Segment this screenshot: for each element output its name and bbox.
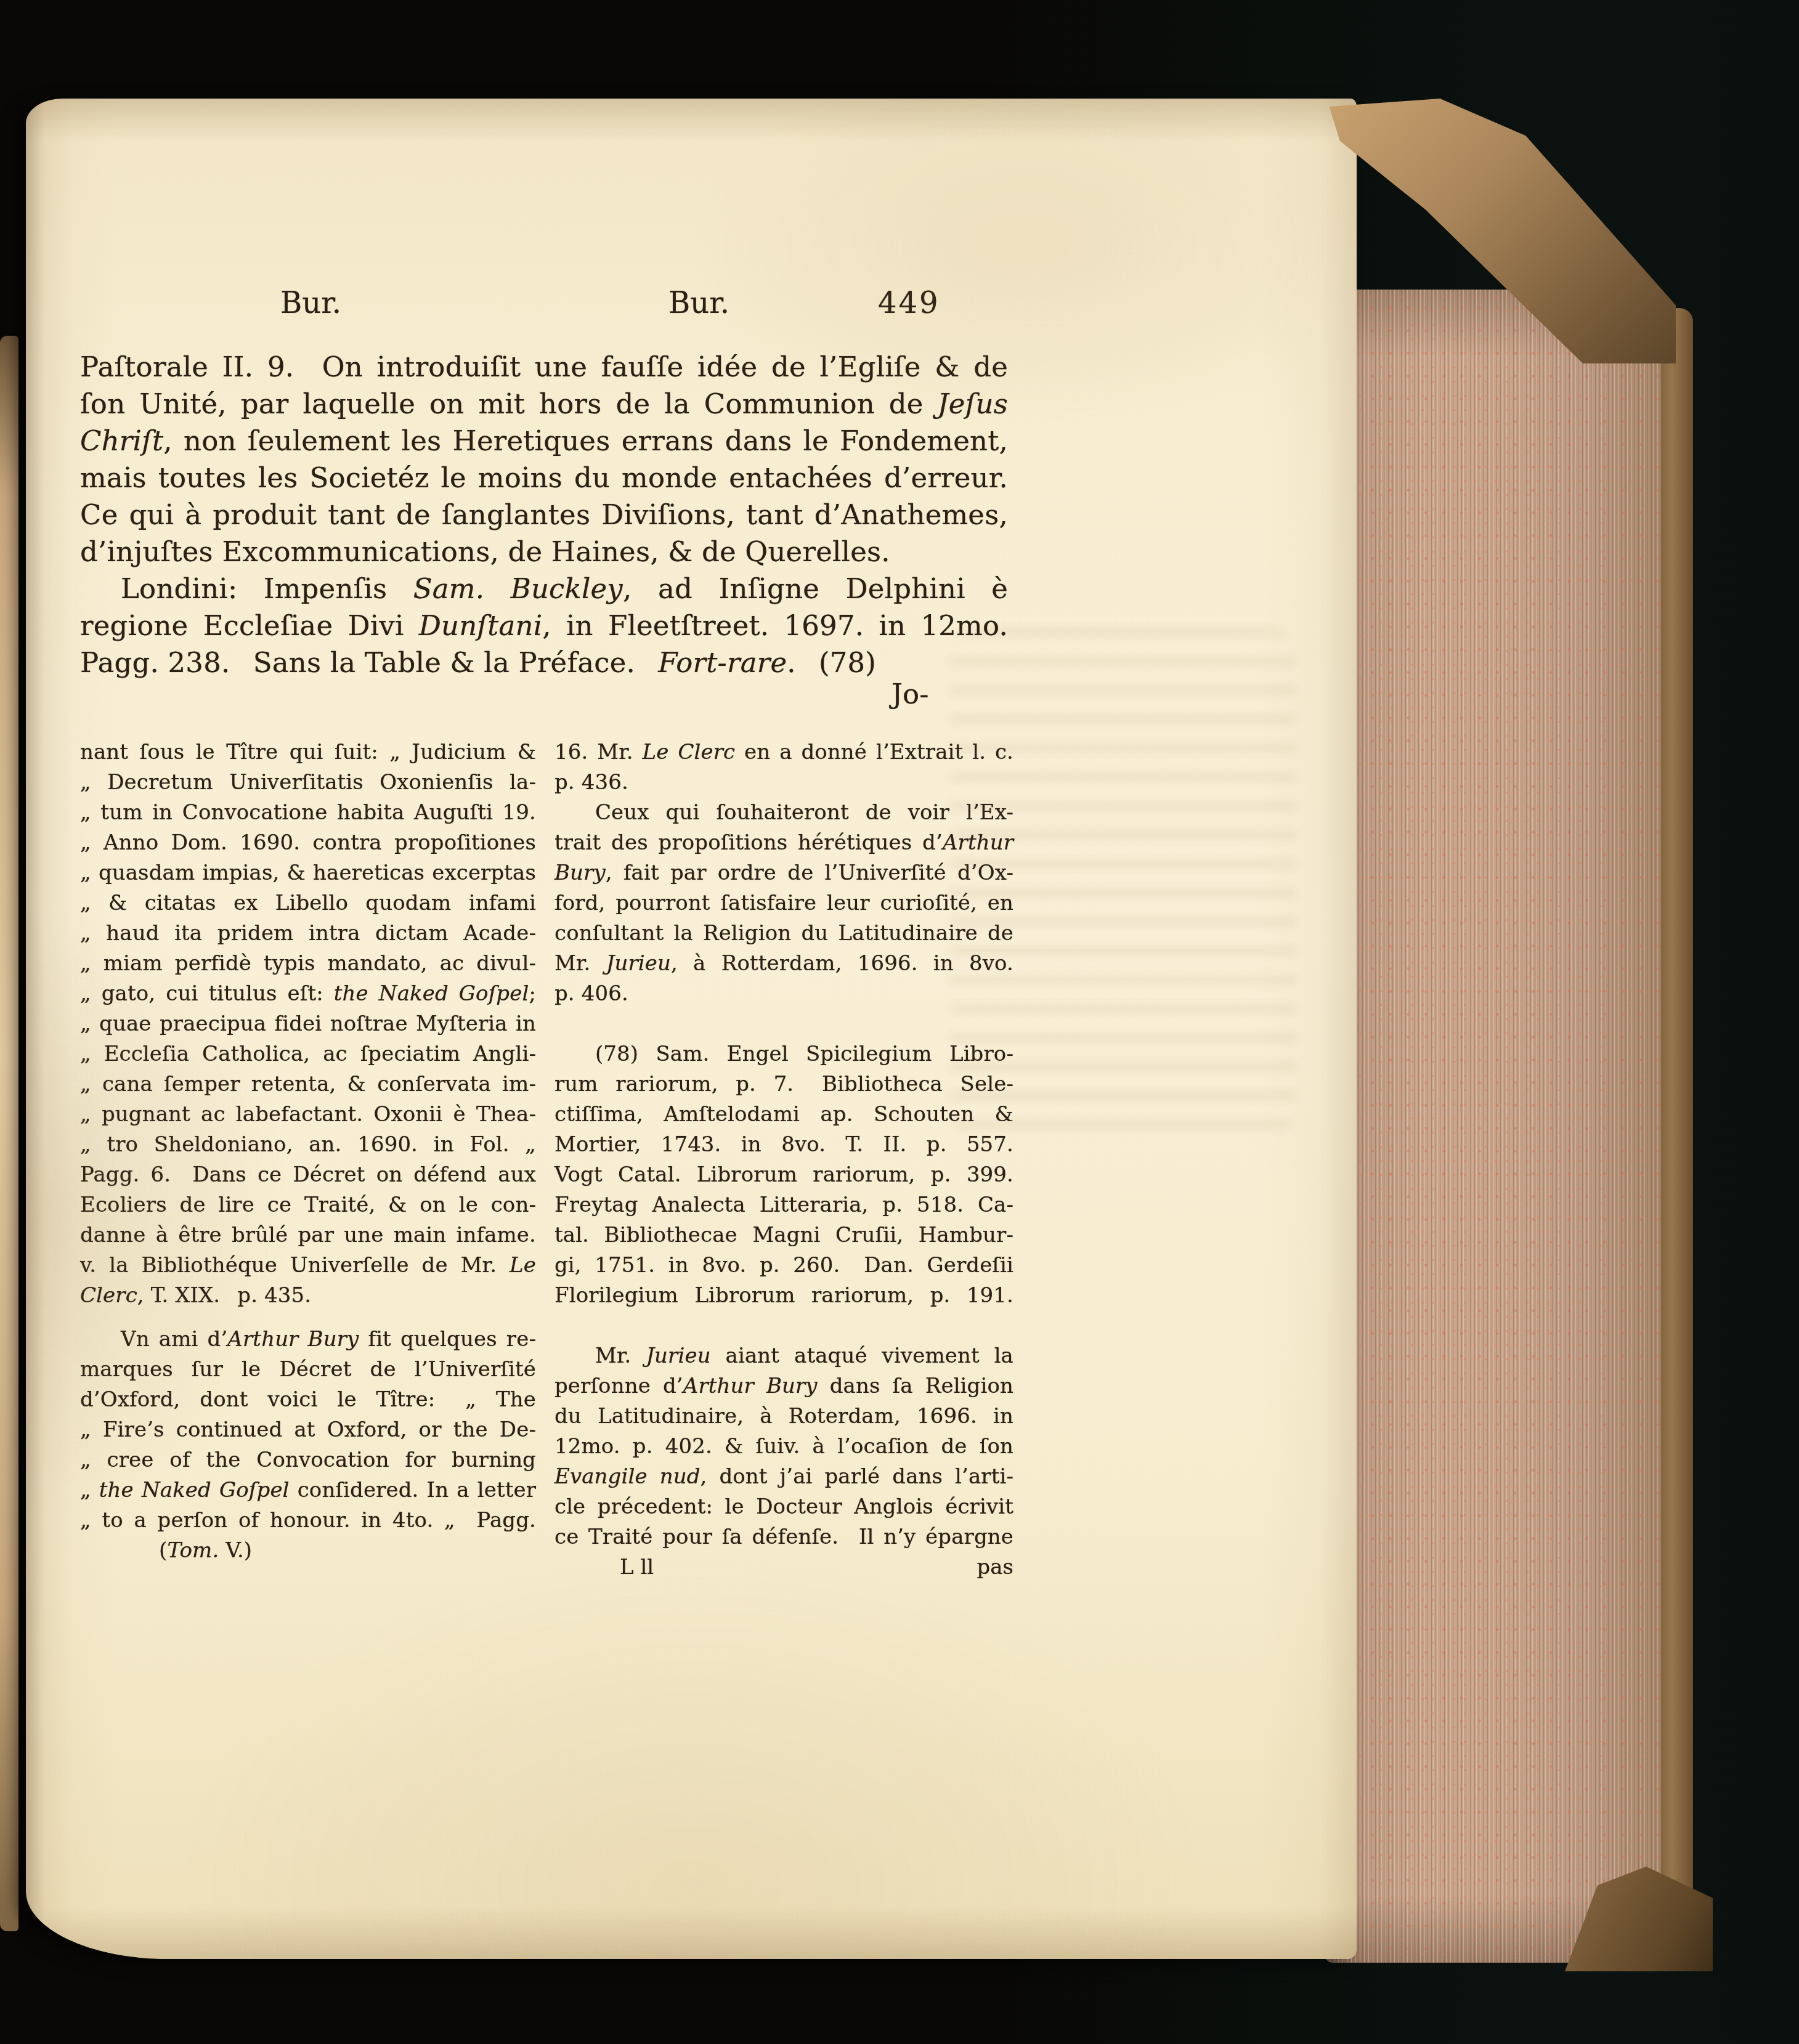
signature-mark: L ll [620, 1552, 654, 1583]
text-line: danne à être brûlé par une main infame. [80, 1220, 536, 1251]
footnote-left-column: nant ſous le Tître qui ſuit: „ Judicium … [80, 737, 536, 1566]
text-line: Chriſt, non ſeulement les Heretiques err… [80, 423, 1008, 460]
text-line [554, 1009, 1013, 1039]
text-line: „ the Naked Goſpel conſidered. In a lett… [80, 1475, 536, 1506]
text-line: trait des propoſitions hérétiques d’Arth… [554, 828, 1013, 858]
running-head-center: Bur. [668, 287, 729, 319]
text-line: Mortier, 1743. in 8vo. T. II. p. 557. [554, 1130, 1013, 1160]
text-line: perſonne d’Arthur Bury dans ſa Religion [554, 1371, 1013, 1401]
text-line: p. 406. [554, 979, 1013, 1009]
text-line: 12mo. p. 402. & ſuiv. à l’ocaſion de ſon [554, 1432, 1013, 1462]
main-text-block: Paſtorale II. 9. On introduiſit une fauſ… [80, 349, 1008, 681]
text-line: Clerc, T. XIX. p. 435. [80, 1281, 536, 1311]
text-line: marques ſur le Décret de l’Univerſité [80, 1355, 536, 1385]
text-line: „ haud ita pridem intra dictam Acade- [80, 919, 536, 949]
text-line: rum rariorum, p. 7. Bibliotheca Sele- [554, 1069, 1013, 1100]
adjacent-page-edge [0, 336, 18, 1931]
text-line: „ cana ſemper retenta, & conſervata im- [80, 1069, 536, 1100]
text-line: Londini: Impenſis Sam. Buckley, ad Inſig… [80, 570, 1008, 607]
text-line: „ to a perſon of honour. in 4to. „ Pagg. [80, 1506, 536, 1536]
text-line: ſon Unité, par laquelle on mit hors de l… [80, 386, 1008, 423]
text-line: „ Decretum Univerſitatis Oxonienſis la- [80, 768, 536, 798]
text-line: p. 436. [554, 768, 1013, 798]
signature-line: L ll pas [554, 1552, 1013, 1583]
text-line: „ gato, cui titulus eſt: the Naked Goſpe… [80, 979, 536, 1009]
text-line: conſultant la Religion du Latitudinaire … [554, 919, 1013, 949]
text-line: „ cree of the Convocation for burning [80, 1445, 536, 1475]
text-line: 16. Mr. Le Clerc en a donné l’Extrait l.… [554, 737, 1013, 768]
text-line: „ tum in Convocatione habita Auguſti 19. [80, 798, 536, 828]
text-line: (78) Sam. Engel Spicilegium Libro- [554, 1039, 1013, 1069]
text-line: „ tro Sheldoniano, an. 1690. in Fol. „ [80, 1130, 536, 1160]
text-line: Bury, fait par ordre de l’Univerſité d’O… [554, 858, 1013, 888]
footnote-right-column: 16. Mr. Le Clerc en a donné l’Extrait l.… [554, 737, 1013, 1552]
text-line: Pagg. 6. Dans ce Décret on défend aux [80, 1160, 536, 1190]
text-line: Pagg. 238. Sans la Table & la Préface. F… [80, 644, 1008, 681]
text-line: Paſtorale II. 9. On introduiſit une fauſ… [80, 349, 1008, 386]
text-line: mais toutes les Societéz le moins du mon… [80, 460, 1008, 497]
text-line: nant ſous le Tître qui ſuit: „ Judicium … [80, 737, 536, 768]
text-line: Florilegium Librorum rariorum, p. 191. [554, 1281, 1013, 1311]
text-line: Vn ami d’Arthur Bury fit quelques re- [80, 1324, 536, 1355]
text-line: ford, pourront ſatisfaire leur curioſité… [554, 888, 1013, 919]
text-line: „ Anno Dom. 1690. contra propoſitiones [80, 828, 536, 858]
text-line: „ quasdam impias, & haereticas excerptas [80, 858, 536, 888]
book-photo-scene: Bur. Bur. 449 Paſtorale II. 9. On introd… [0, 0, 1799, 2044]
text-line: „ Fire’s continued at Oxford, or the De- [80, 1415, 536, 1445]
text-line: d’Oxford, dont voici le Tître: „ The [80, 1385, 536, 1415]
text-line: Ce qui à produit tant de ſanglantes Divi… [80, 497, 1008, 533]
text-line: Vogt Catal. Librorum rariorum, p. 399. [554, 1160, 1013, 1190]
text-line: Mr. Jurieu aiant ataqué vivement la [554, 1341, 1013, 1371]
running-head-left: Bur. [280, 287, 341, 319]
text-line: „ pugnant ac labefactant. Oxonii è Thea- [80, 1100, 536, 1130]
text-line: du Latitudinaire, à Roterdam, 1696. in [554, 1401, 1013, 1432]
page-number: 449 [878, 287, 940, 319]
text-line: d’injuſtes Excommunications, de Haines, … [80, 533, 1008, 570]
text-line: ce Traité pour ſa défenſe. Il n’y épargn… [554, 1522, 1013, 1552]
text-line: cle précedent: le Docteur Anglois écrivi… [554, 1492, 1013, 1522]
text-line: „ Eccleſia Catholica, ac ſpeciatim Angli… [80, 1039, 536, 1069]
main-catchword: Jo- [891, 676, 928, 713]
text-line: regione Eccleſiae Divi Dunſtani, in Flee… [80, 607, 1008, 644]
text-line: Freytag Analecta Litteraria, p. 518. Ca- [554, 1190, 1013, 1220]
text-line: Evangile nud, dont j’ai parlé dans l’art… [554, 1462, 1013, 1492]
text-line: „ miam perfidè typis mandato, ac divul- [80, 949, 536, 979]
text-line: tal. Bibliothecae Magni Cruſii, Hambur- [554, 1220, 1013, 1251]
footnote-catchword: pas [977, 1552, 1013, 1583]
text-line: (Tom. V.) [80, 1536, 536, 1566]
text-line: „ quae praecipua fidei noſtrae Myſteria … [80, 1009, 536, 1039]
text-line: v. la Bibliothéque Univerſelle de Mr. Le [80, 1251, 536, 1281]
text-line [554, 1311, 1013, 1341]
text-line: „ & citatas ex Libello quodam infami [80, 888, 536, 919]
text-line: gi, 1751. in 8vo. p. 260. Dan. Gerdeſii [554, 1251, 1013, 1281]
text-line: Ecoliers de lire ce Traité, & on le con- [80, 1190, 536, 1220]
text-line: Mr. Jurieu, à Rotterdam, 1696. in 8vo. [554, 949, 1013, 979]
page-block-fore-edge [1323, 290, 1661, 1963]
text-line: ctiſſima, Amſtelodami ap. Schouten & [554, 1100, 1013, 1130]
text-line: Ceux qui ſouhaiteront de voir l’Ex- [554, 798, 1013, 828]
book-page: Bur. Bur. 449 Paſtorale II. 9. On introd… [26, 99, 1357, 1959]
